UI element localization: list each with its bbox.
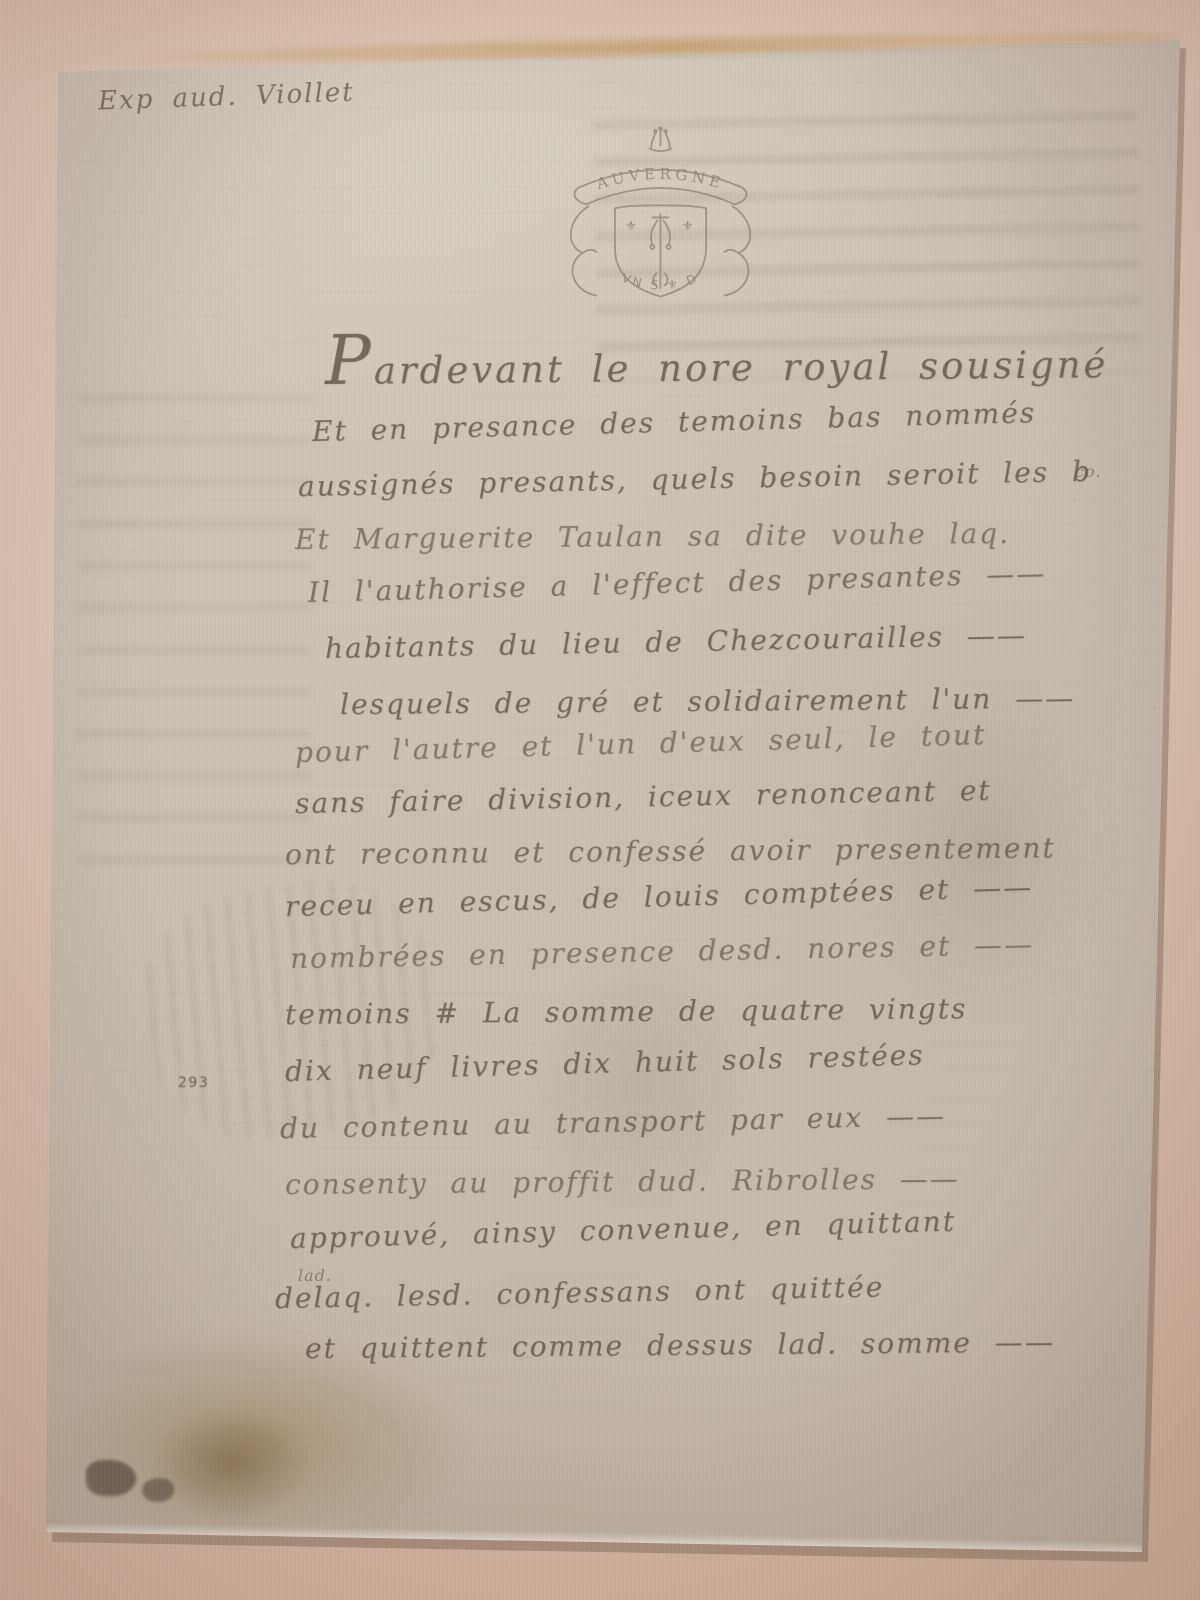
fleur-de-lis-icon: ⚜ <box>682 220 694 235</box>
auvergne-tax-stamp: AUVERGNE VN S ⚜ D ⚜ ⚜ <box>552 122 770 317</box>
manuscript-line: et quittent comme dessus lad. somme —— <box>305 1325 1055 1365</box>
manuscript-line: Et Marguerite Taulan sa dite vouhe laq. <box>295 517 1010 556</box>
manuscript-line: Pardevant le nore royal sousigné <box>325 315 1109 401</box>
manuscript-page: Exp aud. Viollet 293 <box>40 30 1190 1560</box>
fleur-de-lis-icon: ⚜ <box>625 220 637 235</box>
manuscript-line: ont reconnu et confessé avoir presenteme… <box>285 831 1056 871</box>
stamp-banner-text: AUVERGNE <box>594 165 727 193</box>
manuscript-photo: Exp aud. Viollet 293 <box>0 0 1200 1600</box>
margin-page-number: 293 <box>178 1075 209 1091</box>
interline-word: lad. <box>298 1266 332 1285</box>
superscript-abbreviation: co. <box>1075 462 1101 481</box>
svg-text:AUVERGNE: AUVERGNE <box>594 165 727 193</box>
stamp-cartouche <box>571 127 750 296</box>
manuscript-line: temoins # La somme de quatre vingts <box>285 992 968 1031</box>
manuscript-line: lesquels de gré et solidairement l'un —— <box>340 682 1075 721</box>
manuscript-line: consenty au proffit dud. Ribrolles —— <box>285 1162 960 1201</box>
